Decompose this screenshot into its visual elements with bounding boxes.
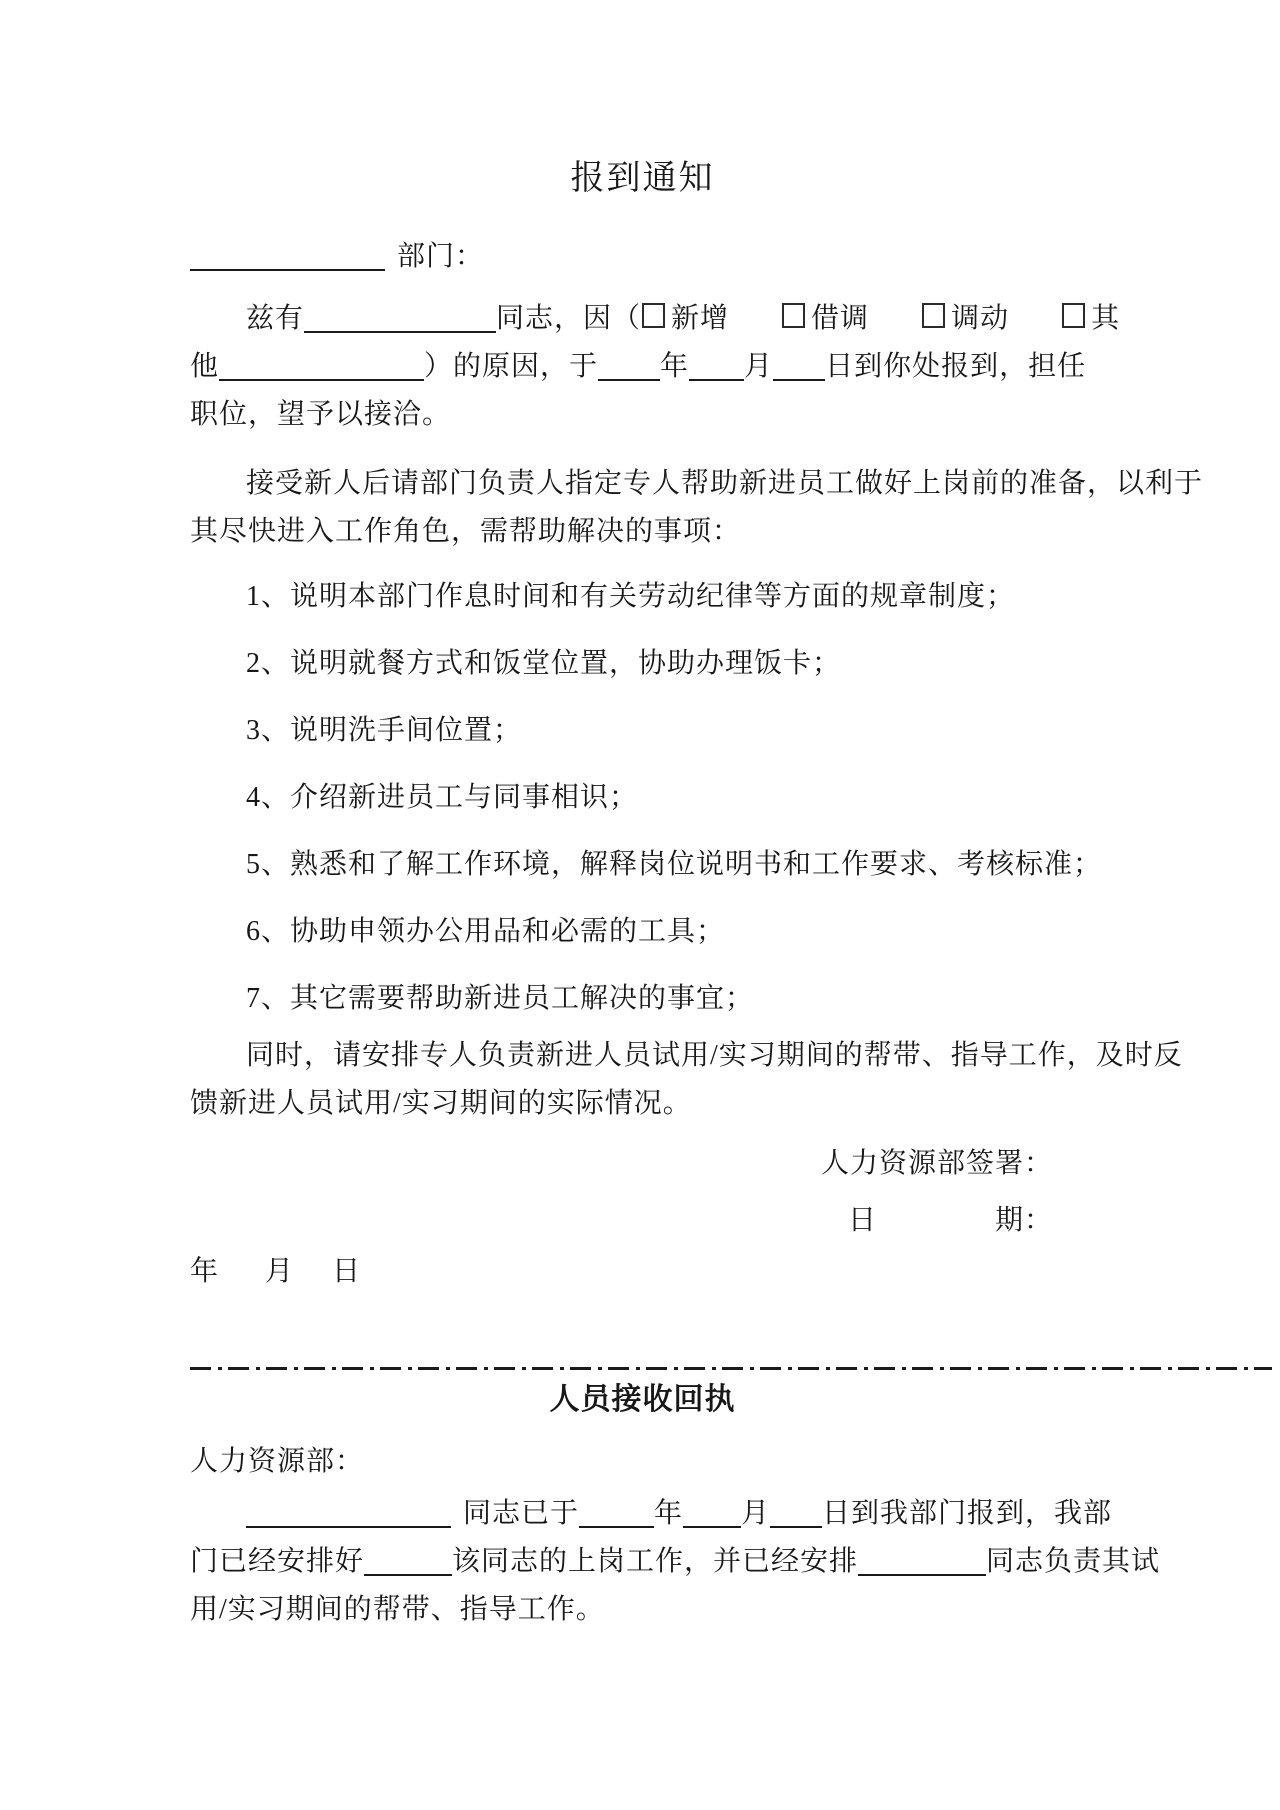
fill-in-blank [364, 1546, 452, 1576]
arrange-line-1: 同时，请安排专人负责新进人员试用/实习期间的帮带、指导工作，及时反 [190, 1032, 1095, 1080]
spacer [385, 264, 397, 265]
fill-in-blank [858, 1546, 986, 1576]
prep-line-2: 其尽快进入工作角色，需帮助解决的事项： [190, 508, 1095, 556]
notice-title: 报到通知 [190, 158, 1095, 200]
text-segment: 日到你处报到，担任 [825, 351, 1086, 382]
text-segment: 年 [654, 1498, 683, 1529]
fill-in-blank [770, 1498, 822, 1528]
help-item-7: 7、其它需要帮助新进员工解决的事宜； [190, 975, 1095, 1023]
text-segment: 月 [741, 1498, 770, 1529]
text-segment: 同志负责其试 [986, 1546, 1160, 1577]
fill-in-blank [246, 1498, 451, 1528]
receipt-line-3: 用/实习期间的帮带、指导工作。 [190, 1586, 1095, 1634]
spacer [877, 1228, 995, 1229]
fill-in-blank [598, 351, 660, 381]
text-segment: 他 [190, 351, 219, 382]
section-divider [190, 1367, 1272, 1370]
spacer [451, 1521, 463, 1522]
help-item-6: 6、协助申领办公用品和必需的工具； [190, 908, 1095, 956]
text-segment: 期： [995, 1205, 1053, 1236]
report-notice-document: 报到通知 部门： 兹有同志，因（新增借调调动其 他）的原因，于年月日到你处报到，… [0, 0, 1280, 1810]
fill-in-blank [219, 351, 424, 381]
spacer [869, 326, 921, 327]
receipt-line-2: 门已经安排好该同志的上岗工作，并已经安排同志负责其试 [190, 1538, 1095, 1586]
hr-signature-line: 人力资源部签署： [190, 1140, 1095, 1188]
checkbox-icon [922, 303, 945, 328]
text-segment: 部门： [397, 241, 484, 272]
fill-in-blank [579, 1498, 654, 1528]
checkbox-icon [782, 303, 805, 328]
help-item-5: 5、熟悉和了解工作环境，解释岗位说明书和工作要求、考核标准； [190, 841, 1095, 889]
spacer [219, 1279, 265, 1280]
text-segment: 兹有 [246, 303, 304, 334]
text-segment: 用/实习期间的帮带、指导工作。 [190, 1594, 605, 1625]
intro-line-1: 兹有同志，因（新增借调调动其 [190, 295, 1095, 343]
text-segment: 门已经安排好 [190, 1546, 364, 1577]
arrange-line-2: 馈新进人员试用/实习期间的实际情况。 [190, 1080, 1095, 1128]
text-segment: 日到我部门报到，我部 [822, 1498, 1112, 1529]
help-item-1: 1、说明本部门作息时间和有关劳动纪律等方面的规章制度； [190, 573, 1095, 621]
receipt-line-1: 同志已于年月日到我部门报到，我部 [190, 1490, 1095, 1538]
text-segment: 年 [190, 1256, 219, 1287]
text-segment: 借调 [811, 303, 869, 334]
help-item-3: 3、说明洗手间位置； [190, 707, 1095, 755]
spacer [294, 1279, 332, 1280]
text-segment: 年 [660, 351, 689, 382]
spacer [1009, 326, 1061, 327]
fill-in-blank [773, 351, 825, 381]
text-segment: 日 [848, 1205, 877, 1236]
year-month-day-line: 年月日 [190, 1248, 1095, 1296]
help-item-4: 4、介绍新进员工与同事相识； [190, 774, 1095, 822]
receipt-title: 人员接收回执 [190, 1380, 1095, 1420]
text-segment: 该同志的上岗工作，并已经安排 [452, 1546, 858, 1577]
fill-in-blank [683, 1498, 741, 1528]
prep-line-1: 接受新人后请部门负责人指定专人帮助新进员工做好上岗前的准备，以利于 [190, 460, 1095, 508]
intro-line-2: 他）的原因，于年月日到你处报到，担任 [190, 343, 1095, 391]
text-segment: 新增 [671, 303, 729, 334]
spacer [729, 326, 781, 327]
text-segment: ）的原因，于 [424, 351, 598, 382]
fill-in-blank [304, 303, 496, 333]
text-segment: 同志已于 [463, 1498, 579, 1529]
help-item-2: 2、说明就餐方式和饭堂位置，协助办理饭卡； [190, 640, 1095, 688]
dept-line: 部门： [190, 233, 1095, 281]
date-line: 日期： [190, 1197, 1095, 1245]
text-segment: 职位，望予以接洽。 [190, 399, 451, 430]
fill-in-blank [689, 351, 744, 381]
checkbox-icon [1062, 303, 1085, 328]
text-segment: 调动 [951, 303, 1009, 334]
receipt-salutation: 人力资源部： [190, 1438, 1095, 1486]
text-segment: 同志，因（ [496, 303, 641, 334]
text-segment: 月 [265, 1256, 294, 1287]
intro-line-3: 职位，望予以接洽。 [190, 391, 1095, 439]
help-items-list: 1、说明本部门作息时间和有关劳动纪律等方面的规章制度；2、说明就餐方式和饭堂位置… [190, 573, 1095, 1023]
text-segment: 其 [1091, 303, 1120, 334]
checkbox-icon [642, 303, 665, 328]
fill-in-blank [190, 241, 385, 271]
text-segment: 日 [332, 1256, 361, 1287]
text-segment: 月 [744, 351, 773, 382]
